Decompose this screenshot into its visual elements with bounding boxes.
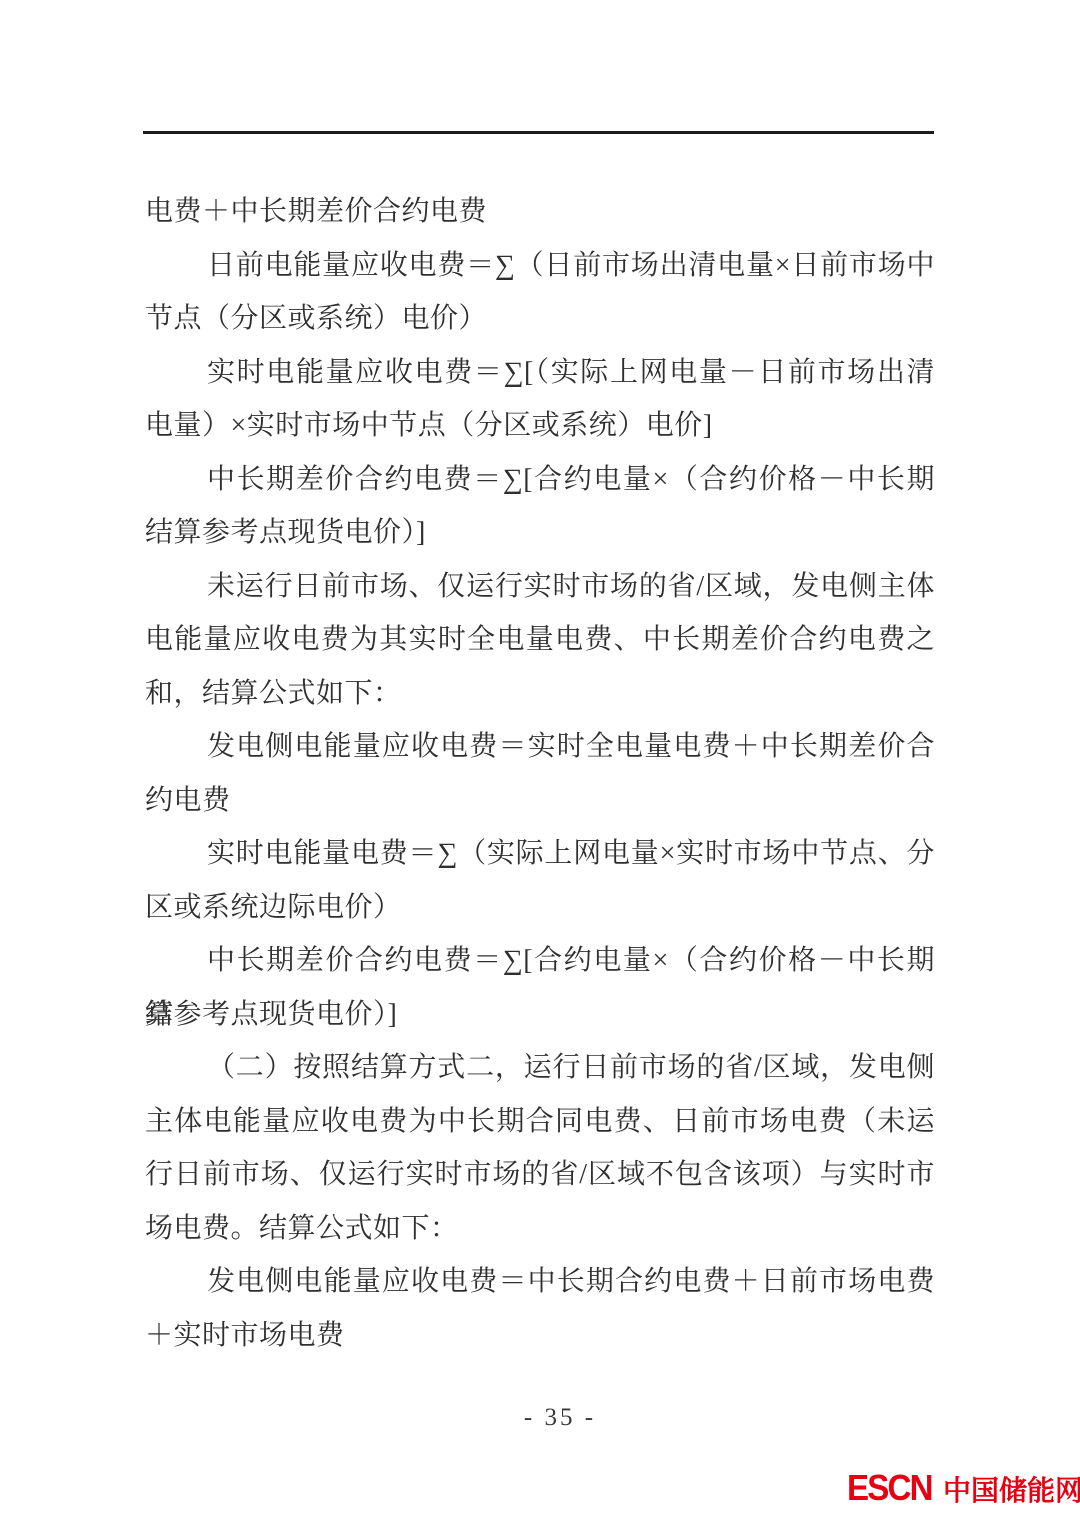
text-line: 日前电能量应收电费＝∑（日前市场出清电量×日前市场中: [145, 239, 935, 293]
text-line: ＋实时市场电费: [145, 1309, 935, 1363]
document-body: 电费＋中长期差价合约电费日前电能量应收电费＝∑（日前市场出清电量×日前市场中节点…: [145, 185, 935, 1362]
text-line: 实时电能量电费＝∑（实际上网电量×实时市场中节点、分: [145, 827, 935, 881]
text-line: 电能量应收电费为其实时全电量电费、中长期差价合约电费之: [145, 613, 935, 667]
text-line: 发电侧电能量应收电费＝实时全电量电费＋中长期差价合: [145, 720, 935, 774]
text-line: 和，结算公式如下：: [145, 667, 935, 721]
text-line: （二）按照结算方式二，运行日前市场的省/区域，发电侧: [145, 1041, 935, 1095]
page-number: - 35 -: [145, 1404, 975, 1432]
document-page: 电费＋中长期差价合约电费日前电能量应收电费＝∑（日前市场出清电量×日前市场中节点…: [0, 0, 1080, 1527]
text-line: 区或系统边际电价）: [145, 881, 935, 935]
text-line: 算参考点现货电价）]: [145, 988, 935, 1042]
text-line: 发电侧电能量应收电费＝中长期合约电费＋日前市场电费: [145, 1255, 935, 1309]
text-line: 中长期差价合约电费＝∑[合约电量×（合约价格－中长期: [145, 453, 935, 507]
text-line: 节点（分区或系统）电价）: [145, 292, 935, 346]
escn-logo: ESCN中国储能网: [847, 1467, 1080, 1509]
text-line: 实时电能量应收电费＝∑[（实际上网电量－日前市场出清: [145, 346, 935, 400]
text-line: 电量）×实时市场中节点（分区或系统）电价]: [145, 399, 935, 453]
logo-escn-text: ESCN: [847, 1467, 932, 1509]
header-rule: [143, 131, 934, 134]
logo-cn-text: 中国储能网: [943, 1469, 1080, 1509]
text-line: 未运行日前市场、仅运行实时市场的省/区域，发电侧主体: [145, 560, 935, 614]
text-line: 约电费: [145, 774, 935, 828]
text-line: 中长期差价合约电费＝∑[合约电量×（合约价格－中长期结: [145, 934, 935, 988]
text-line: 场电费。结算公式如下：: [145, 1202, 935, 1256]
text-line: 主体电能量应收电费为中长期合同电费、日前市场电费（未运: [145, 1095, 935, 1149]
text-line: 行日前市场、仅运行实时市场的省/区域不包含该项）与实时市: [145, 1148, 935, 1202]
text-line: 电费＋中长期差价合约电费: [145, 185, 935, 239]
text-line: 结算参考点现货电价）]: [145, 506, 935, 560]
